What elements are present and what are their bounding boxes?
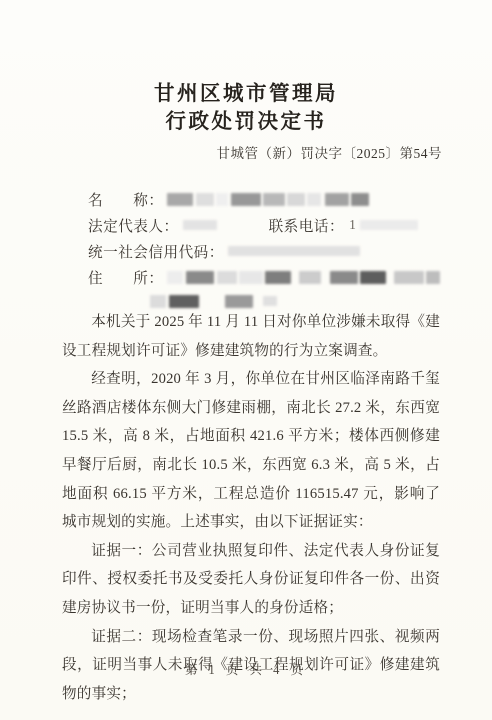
party-info-fields: 名 称： 法定代表人： 联系电话： 1 [88,186,444,312]
body-paragraph: 经查明，2020 年 3 月，你单位在甘州区临泽南路千玺丝路酒店楼体东侧大门修建… [62,365,440,537]
legal-rep-label: 法定代表人： [88,215,179,236]
phone-label: 联系电话： [269,215,344,236]
body-paragraph: 证据一：公司营业执照复印件、法定代表人身份证复印件、授权委托书及受委托人身份证复… [62,537,440,623]
body-paragraph: 本机关于 2025 年 11 月 11 日对你单位涉嫌未取得《建设工程规划许可证… [62,308,440,365]
redacted-address-value-line1 [167,271,440,284]
redacted-phone-value [360,220,418,230]
document-page: 甘州区城市管理局 行政处罚决定书 甘城管（新）罚决字〔2025〕第54号 名 称… [0,0,492,720]
document-body: 本机关于 2025 年 11 月 11 日对你单位涉嫌未取得《建设工程规划许可证… [62,308,440,708]
field-row-credit-code: 统一社会信用代码： [88,238,444,264]
redacted-name-value [167,193,369,206]
credit-code-label: 统一社会信用代码： [88,241,224,262]
phone-visible-prefix: 1 [349,217,356,233]
address-label: 住 所： [88,267,163,288]
redacted-credit-code-value [228,246,360,256]
document-title-line1: 甘州区城市管理局 [0,80,492,108]
field-row-address: 住 所： [88,264,444,290]
page-number-footer: 第 1 页 共 4 页 [0,660,492,678]
field-row-legal-rep: 法定代表人： 联系电话： 1 [88,212,444,238]
redacted-legal-rep-value [183,220,217,230]
name-label: 名 称： [88,189,163,210]
document-title: 甘州区城市管理局 行政处罚决定书 [0,80,492,136]
field-row-name: 名 称： [88,186,444,212]
document-title-line2: 行政处罚决定书 [0,108,492,136]
document-number: 甘城管（新）罚决字〔2025〕第54号 [217,142,443,162]
